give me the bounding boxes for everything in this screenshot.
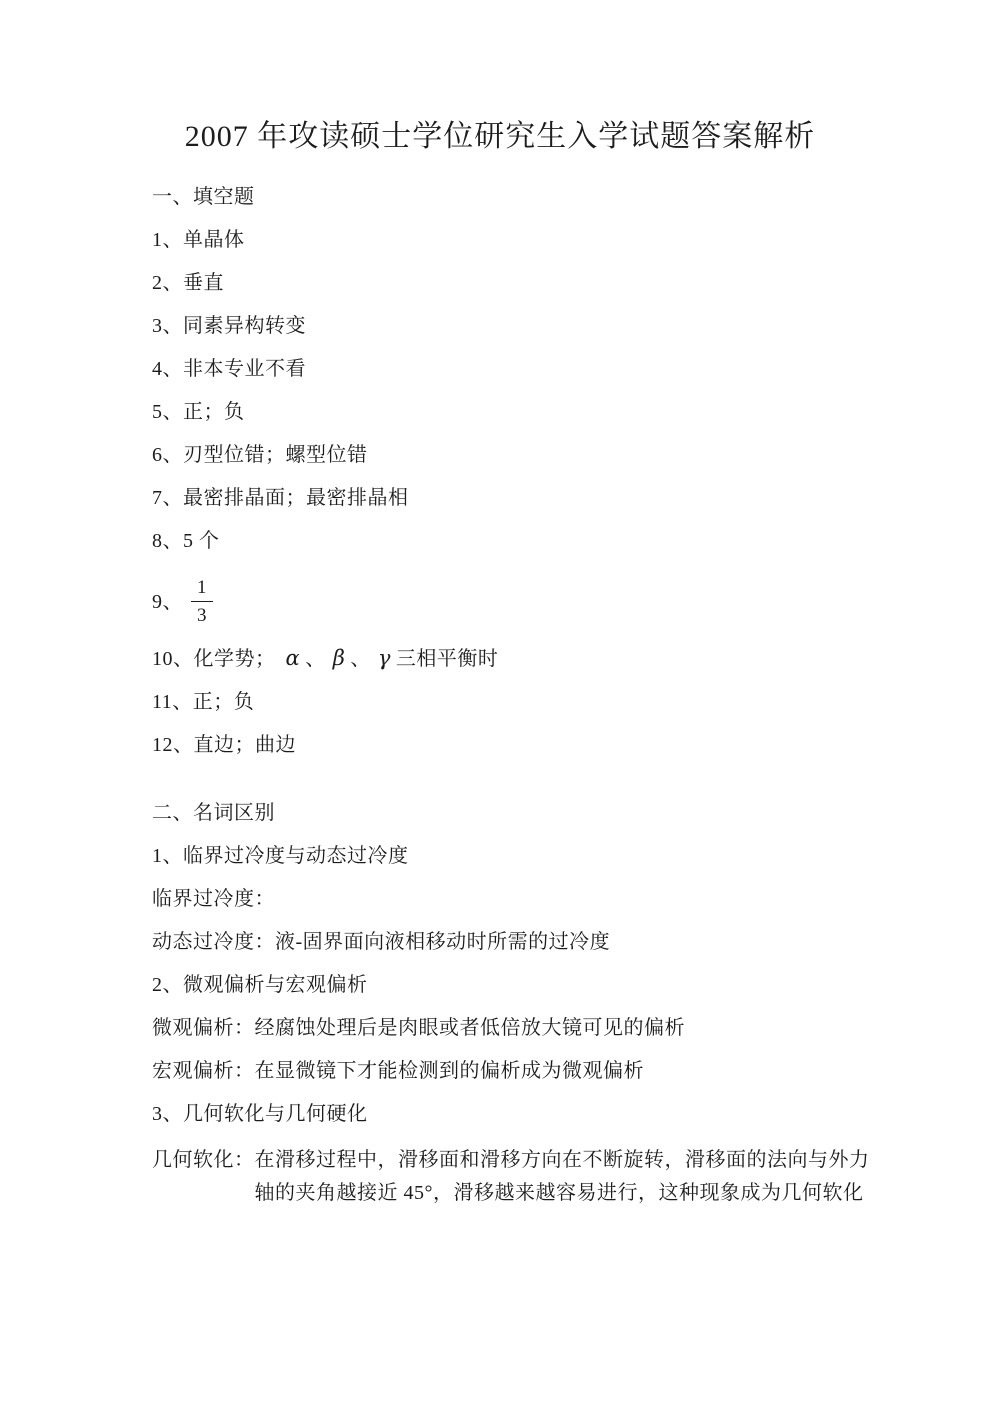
- answer-item-10: 10、化学势；α、β、γ三相平衡时: [152, 645, 880, 673]
- section-2-heading: 二、名词区别: [152, 800, 880, 827]
- page-title: 2007 年攻读硕士学位研究生入学试题答案解析: [0, 0, 1000, 158]
- section-1-heading: 一、填空题: [152, 184, 880, 211]
- answer-item-3: 3、同素异构转变: [152, 313, 880, 340]
- term-definition-1a: 临界过冷度：: [152, 886, 880, 913]
- term-question-1: 1、临界过冷度与动态过冷度: [152, 843, 880, 870]
- answer-item-1: 1、单晶体: [152, 227, 880, 254]
- answer-item-7: 7、最密排晶面；最密排晶相: [152, 485, 880, 512]
- greek-beta: β: [326, 646, 351, 670]
- separator-2: 、: [350, 648, 371, 670]
- term-question-2: 2、微观偏析与宏观偏析: [152, 972, 880, 999]
- term-definition-3-label: 几何软化：: [152, 1144, 255, 1210]
- separator-1: 、: [305, 648, 326, 670]
- term-definition-3: 几何软化： 在滑移过程中，滑移面和滑移方向在不断旋转，滑移面的法向与外力轴的夹角…: [152, 1144, 880, 1210]
- answer-item-4: 4、非本专业不看: [152, 356, 880, 383]
- term-definition-1b: 动态过冷度：液-固界面向液相移动时所需的过冷度: [152, 929, 880, 956]
- term-question-3: 3、几何软化与几何硬化: [152, 1101, 880, 1128]
- fraction-numerator: 1: [191, 576, 213, 602]
- answer-item-8: 8、5 个: [152, 528, 880, 555]
- answer-item-12: 12、直边；曲边: [152, 732, 880, 759]
- document-content: 一、填空题 1、单晶体 2、垂直 3、同素异构转变 4、非本专业不看 5、正；负…: [152, 184, 880, 1210]
- answer-item-5: 5、正；负: [152, 399, 880, 426]
- answer-item-9-label: 9、: [152, 589, 183, 616]
- term-definition-2b: 宏观偏析：在显微镜下才能检测到的偏析成为微观偏析: [152, 1058, 880, 1085]
- answer-item-2: 2、垂直: [152, 270, 880, 297]
- greek-gamma: γ: [371, 646, 396, 670]
- term-definition-3-body: 在滑移过程中，滑移面和滑移方向在不断旋转，滑移面的法向与外力轴的夹角越接近 45…: [255, 1144, 875, 1210]
- answer-item-11: 11、正；负: [152, 689, 880, 716]
- document-page: 2007 年攻读硕士学位研究生入学试题答案解析 一、填空题 1、单晶体 2、垂直…: [0, 0, 1000, 1414]
- answer-item-6: 6、刃型位错；螺型位错: [152, 442, 880, 469]
- answer-item-9: 9、 1 3: [152, 571, 880, 633]
- answer-item-10-suffix: 三相平衡时: [396, 648, 499, 670]
- greek-alpha: α: [276, 646, 306, 670]
- answer-item-10-prefix: 10、化学势；: [152, 648, 276, 670]
- fraction-denominator: 3: [197, 602, 207, 628]
- fraction-one-third: 1 3: [191, 576, 213, 628]
- term-definition-2a: 微观偏析：经腐蚀处理后是肉眼或者低倍放大镜可见的偏析: [152, 1015, 880, 1042]
